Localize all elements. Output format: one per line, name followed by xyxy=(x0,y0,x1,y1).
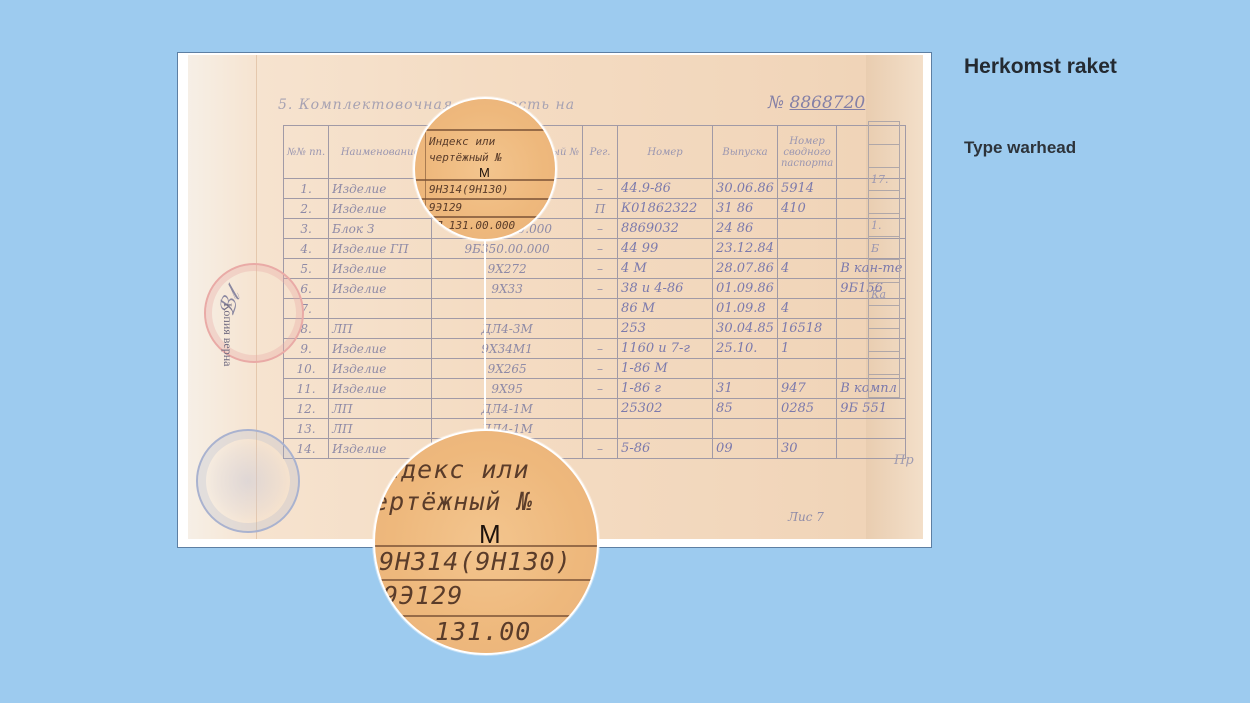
table-cell-num: 253 xyxy=(618,319,713,339)
table-cell-passport: 16518 xyxy=(777,319,836,339)
table-row: 6.Изделие9Х33–38 и 4-8601.09.869Б156 xyxy=(284,279,906,299)
magnifier-connector-line xyxy=(484,236,486,432)
table-cell-reg xyxy=(583,419,618,439)
table-cell-num: 44.9-86 xyxy=(618,179,713,199)
table-row: 8.ЛПДЛ4-3М25330.04.8516518 xyxy=(284,319,906,339)
table-cell-note xyxy=(837,419,906,439)
magnifier-small: Индекс или чертёжный № М 9Н314(9Н130) 9Э… xyxy=(413,97,557,241)
table-cell-release: 30.06.86 xyxy=(713,179,778,199)
lens-header-line1: Индекс или xyxy=(373,455,530,484)
side-cell xyxy=(869,191,900,214)
table-row: 7.86 М01.09.84 xyxy=(284,299,906,319)
table-cell-n: 4. xyxy=(284,239,329,259)
table-cell-reg: П xyxy=(583,199,618,219)
table-cell-reg: – xyxy=(583,379,618,399)
magnifier-large: Индекс или чертёжный № М 9Н314(9Н130) 9Э… xyxy=(373,429,599,655)
table-cell-name: Изделие xyxy=(329,339,432,359)
table-cell-index: 9Х265 xyxy=(432,359,583,379)
number-value: 8868720 xyxy=(790,93,866,113)
side-row: Б xyxy=(869,237,900,260)
table-row: 4.Изделие ГП9Б350.00.000–44 9923.12.84 xyxy=(284,239,906,259)
table-cell-name xyxy=(329,299,432,319)
table-cell-passport xyxy=(777,419,836,439)
table-cell-passport: 4 xyxy=(777,259,836,279)
table-cell-index: ДЛ4-3М xyxy=(432,319,583,339)
number-prefix: № xyxy=(768,93,784,113)
lens-value-row2: 9Э129 xyxy=(429,201,462,214)
table-cell-name: ЛП xyxy=(329,319,432,339)
stamp-label: Копия верна xyxy=(220,303,235,366)
table-cell-release: 31 86 xyxy=(713,199,778,219)
table-cell-index: 9Х95 xyxy=(432,379,583,399)
panel-heading: Herkomst raket xyxy=(964,55,1117,79)
side-row: 1. xyxy=(869,214,900,237)
side-row xyxy=(869,260,900,283)
lens-value-row3: 9Я 131.00.000 xyxy=(429,219,515,232)
table-cell-num xyxy=(618,419,713,439)
side-row xyxy=(869,329,900,352)
table-row: 10.Изделие9Х265–1-86 М xyxy=(284,359,906,379)
side-cell: 1. xyxy=(869,214,900,237)
table-cell-num: 8869032 xyxy=(618,219,713,239)
lens-grid-line xyxy=(415,198,555,200)
table-cell-passport: 0285 xyxy=(777,399,836,419)
document-title: 5. Комплектовочная ведомость на xyxy=(278,97,575,113)
table-header-row: №№ пп. Наименование Индекс или чертёжный… xyxy=(284,126,906,179)
table-row: 11.Изделие9Х95–1-86 г31947В компл xyxy=(284,379,906,399)
table-cell-n: 13. xyxy=(284,419,329,439)
table-row: 9.Изделие9Х34М1–1160 и 7-г25.10.1 xyxy=(284,339,906,359)
table-cell-release: 09 xyxy=(713,439,778,459)
lens-value-row1: 9Н314(9Н130) xyxy=(429,183,508,196)
lens-header-line2: чертёжный № xyxy=(373,487,534,516)
lens-value-row1: 9Н314(9Н130) xyxy=(379,547,572,576)
table-cell-reg: – xyxy=(583,279,618,299)
table-row: 2.Изделие9Э129ПК0186232231 86410 xyxy=(284,199,906,219)
table-cell-reg: – xyxy=(583,359,618,379)
table-cell-passport xyxy=(777,359,836,379)
table-cell-name: Изделие xyxy=(329,279,432,299)
side-row xyxy=(869,352,900,375)
side-row xyxy=(869,375,900,398)
table-cell-index: 9Х272 xyxy=(432,259,583,279)
side-row xyxy=(869,122,900,145)
components-table: №№ пп. Наименование Индекс или чертёжный… xyxy=(283,125,906,459)
table-cell-release: 23.12.84 xyxy=(713,239,778,259)
blue-seal xyxy=(196,429,300,533)
table-cell-reg: – xyxy=(583,439,618,459)
table-cell-release xyxy=(713,419,778,439)
adjacent-page-table: 17.1.БКа xyxy=(868,121,900,398)
table-cell-n: 3. xyxy=(284,219,329,239)
side-cell xyxy=(869,329,900,352)
table-cell-index: 9Х33 xyxy=(432,279,583,299)
table-cell-num: 1160 и 7-г xyxy=(618,339,713,359)
side-cell xyxy=(869,145,900,168)
document-number: № 8868720 xyxy=(768,93,865,113)
red-stamp: ℬ𝓁 xyxy=(204,263,304,363)
col-header: Рег. xyxy=(583,126,618,179)
table-cell-num: 1-86 г xyxy=(618,379,713,399)
table-cell-release xyxy=(713,359,778,379)
side-cell xyxy=(869,306,900,329)
table-cell-reg: – xyxy=(583,259,618,279)
table-cell-release: 24 86 xyxy=(713,219,778,239)
table-cell-num: 86 М xyxy=(618,299,713,319)
side-row xyxy=(869,306,900,329)
table-cell-passport: 4 xyxy=(777,299,836,319)
lens-value-row2: 9Э129 xyxy=(383,581,463,610)
panel-subheading: Type warhead xyxy=(964,138,1076,158)
table-cell-n: 10. xyxy=(284,359,329,379)
table-row: 3.Блок З9Я 131.00.000–886903224 86 xyxy=(284,219,906,239)
side-cell: Ка xyxy=(869,283,900,306)
table-cell-num: 25302 xyxy=(618,399,713,419)
lens-handwritten-mark: М xyxy=(479,165,490,180)
table-cell-passport: 1 xyxy=(777,339,836,359)
table-row: 5.Изделие9Х272–4 М28.07.864В кан-те xyxy=(284,259,906,279)
table-cell-num: 44 99 xyxy=(618,239,713,259)
side-cell: Б xyxy=(869,237,900,260)
table-cell-passport: 30 xyxy=(777,439,836,459)
table-row: 1.Изделие9Н314(9Н130)–44.9-8630.06.86591… xyxy=(284,179,906,199)
side-cell xyxy=(869,352,900,375)
table-cell-name: Блок З xyxy=(329,219,432,239)
table-cell-num: К01862322 xyxy=(618,199,713,219)
lens-header-line1: Индекс или xyxy=(429,135,495,148)
table-cell-reg: – xyxy=(583,339,618,359)
side-cell: 17. xyxy=(869,168,900,191)
table-cell-reg: – xyxy=(583,219,618,239)
table-cell-name: Изделие xyxy=(329,359,432,379)
table-cell-reg xyxy=(583,299,618,319)
table-cell-release: 28.07.86 xyxy=(713,259,778,279)
table-cell-name: Изделие xyxy=(329,379,432,399)
lens-grid-line xyxy=(415,216,555,218)
side-cell xyxy=(869,122,900,145)
table-cell-n: 5. xyxy=(284,259,329,279)
table-cell-reg xyxy=(583,399,618,419)
table-cell-release: 30.04.85 xyxy=(713,319,778,339)
col-header: Номер сводного паспорта xyxy=(777,126,836,179)
table-cell-passport: 947 xyxy=(777,379,836,399)
lens-header-line2: чертёжный № xyxy=(429,151,502,164)
table-cell-num: 4 М xyxy=(618,259,713,279)
table-row: 13.ЛПДЛ4-1М xyxy=(284,419,906,439)
table-cell-passport xyxy=(777,219,836,239)
table-cell-n: 12. xyxy=(284,399,329,419)
table-cell-passport xyxy=(777,239,836,259)
table-cell-index: 9Х34М1 xyxy=(432,339,583,359)
sheet-number: Лис 7 xyxy=(788,510,824,524)
lens-value-row3: 131.00 xyxy=(435,617,531,646)
table-cell-name: ЛП xyxy=(329,419,432,439)
side-row: Ка xyxy=(869,283,900,306)
table-cell-passport xyxy=(777,279,836,299)
lens-grid-line xyxy=(425,129,426,239)
corner-mark: Пр xyxy=(894,453,914,468)
table-cell-n: 1. xyxy=(284,179,329,199)
lens-grid-line xyxy=(415,179,555,181)
table-cell-release: 31 xyxy=(713,379,778,399)
table-cell-n: 11. xyxy=(284,379,329,399)
lens-grid-line xyxy=(415,129,555,131)
side-row xyxy=(869,191,900,214)
table-cell-num: 5-86 xyxy=(618,439,713,459)
table-cell-num: 1-86 М xyxy=(618,359,713,379)
side-cell xyxy=(869,375,900,398)
table-cell-release: 01.09.86 xyxy=(713,279,778,299)
table-row: 12.ЛПДЛ4-1М253028502859Б 551 xyxy=(284,399,906,419)
table-cell-index: ДЛ4-1М xyxy=(432,399,583,419)
table-cell-release: 01.09.8 xyxy=(713,299,778,319)
table-cell-num: 38 и 4-86 xyxy=(618,279,713,299)
table-cell-n: 2. xyxy=(284,199,329,219)
side-row: 17. xyxy=(869,168,900,191)
table-cell-note: 9Б 551 xyxy=(837,399,906,419)
table-cell-reg: – xyxy=(583,179,618,199)
col-header: №№ пп. xyxy=(284,126,329,179)
side-cell xyxy=(869,260,900,283)
table-cell-name: Изделие xyxy=(329,259,432,279)
table-cell-name: Изделие ГП xyxy=(329,239,432,259)
table-cell-name: ЛП xyxy=(329,399,432,419)
table-cell-release: 85 xyxy=(713,399,778,419)
table-cell-reg xyxy=(583,319,618,339)
table-cell-passport: 410 xyxy=(777,199,836,219)
table-cell-reg: – xyxy=(583,239,618,259)
col-header: Выпуска xyxy=(713,126,778,179)
table-cell-release: 25.10. xyxy=(713,339,778,359)
side-row xyxy=(869,145,900,168)
col-header: Номер xyxy=(618,126,713,179)
table-cell-index xyxy=(432,299,583,319)
table-cell-index: 9Б350.00.000 xyxy=(432,239,583,259)
table-cell-passport: 5914 xyxy=(777,179,836,199)
